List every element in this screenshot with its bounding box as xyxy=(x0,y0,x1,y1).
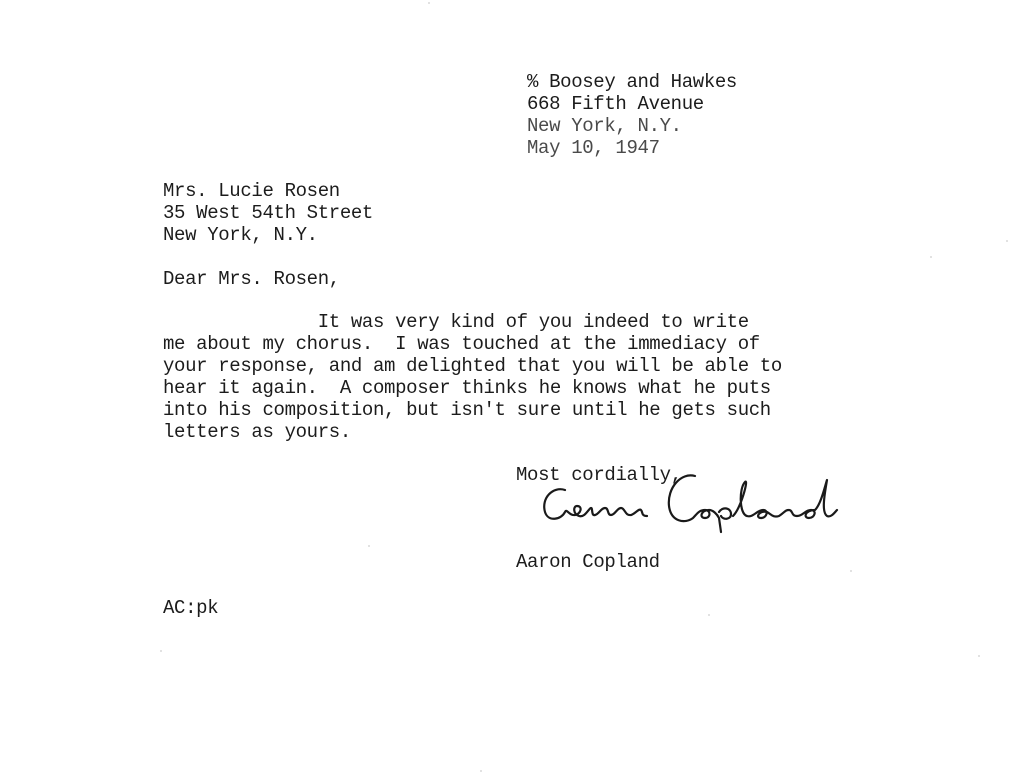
paper-speck xyxy=(428,2,430,4)
paper-speck xyxy=(160,650,162,652)
body-line: into his composition, but isn't sure unt… xyxy=(163,399,771,421)
salutation: Dear Mrs. Rosen, xyxy=(163,268,340,290)
handwritten-signature xyxy=(535,468,840,538)
body-line: me about my chorus. I was touched at the… xyxy=(163,333,760,355)
paper-speck xyxy=(978,655,980,657)
body-line: It was very kind of you indeed to write xyxy=(163,311,749,333)
reference-initials: AC:pk xyxy=(163,597,218,619)
letter-date: May 10, 1947 xyxy=(527,137,660,159)
body-line: letters as yours. xyxy=(163,421,351,443)
sender-city: New York, N.Y. xyxy=(527,115,682,137)
sender-street: 668 Fifth Avenue xyxy=(527,93,704,115)
recipient-city: New York, N.Y. xyxy=(163,224,318,246)
paper-speck xyxy=(480,770,482,772)
recipient-street: 35 West 54th Street xyxy=(163,202,373,224)
paper-speck xyxy=(850,570,852,572)
recipient-name: Mrs. Lucie Rosen xyxy=(163,180,340,202)
body-line: your response, and am delighted that you… xyxy=(163,355,782,377)
paper-speck xyxy=(1006,240,1008,242)
sender-care-of: % Boosey and Hawkes xyxy=(527,71,737,93)
body-line: hear it again. A composer thinks he know… xyxy=(163,377,771,399)
paper-speck xyxy=(930,256,932,258)
signer-name: Aaron Copland xyxy=(516,551,660,573)
paper-speck xyxy=(708,614,710,616)
paper-speck xyxy=(368,545,370,547)
